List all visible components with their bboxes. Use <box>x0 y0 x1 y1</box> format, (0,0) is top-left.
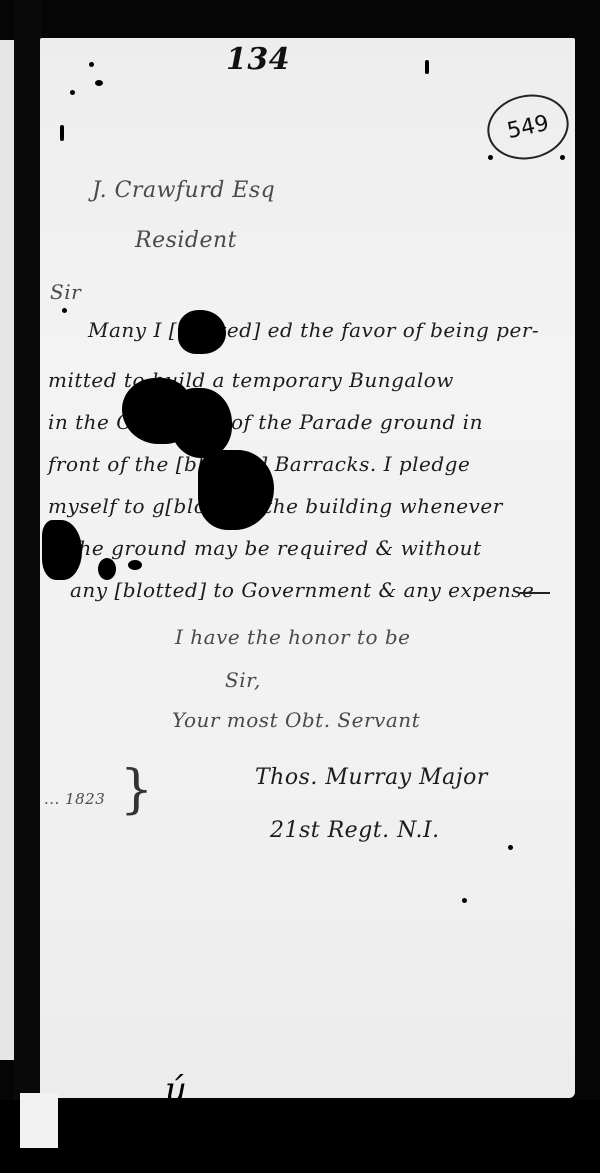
bottom-shadow <box>0 1100 600 1173</box>
body-line-3: in the C[blotted] of the Parade ground i… <box>48 410 483 434</box>
addressee-title: Resident <box>135 228 237 253</box>
binding-strip <box>14 0 42 1110</box>
closing-line-1: I have the honor to be <box>175 625 411 649</box>
paper-tab <box>20 1093 58 1148</box>
signature-name: Thos. Murray Major <box>255 765 488 790</box>
body-line-6: the ground may be required & without <box>70 536 482 560</box>
closing-line-2: Sir, <box>225 668 261 692</box>
margin-brace: } <box>120 760 154 820</box>
speck <box>508 845 513 850</box>
ink-blot-1 <box>178 310 226 354</box>
line-flourish <box>520 592 550 594</box>
margin-date: ... 1823 <box>44 790 105 808</box>
body-line-2: mitted to build a temporary Bungalow <box>48 368 454 392</box>
speck <box>60 125 64 141</box>
body-line-7: any [blotted] to Government & any expens… <box>70 578 534 602</box>
addressee-name: J. Crawfurd Esq <box>92 178 275 203</box>
speck <box>488 155 493 160</box>
ink-blot-7 <box>128 560 142 570</box>
ink-blot-6 <box>98 558 116 580</box>
speck <box>425 60 429 74</box>
speck <box>462 898 467 903</box>
salutation: Sir <box>50 280 81 304</box>
ink-blot-5 <box>42 520 82 580</box>
speck <box>560 155 565 160</box>
closing-line-3: Your most Obt. Servant <box>172 708 420 732</box>
speck <box>89 62 94 67</box>
speck <box>95 80 103 86</box>
folio-number: 134 <box>226 42 290 77</box>
body-line-5: myself to g[blotted] the building whenev… <box>48 494 503 518</box>
body-line-1: Many I [blotted] ed the favor of being p… <box>88 318 539 342</box>
speck <box>62 308 67 313</box>
signature-regiment: 21st Regt. N.I. <box>270 818 440 843</box>
ink-blot-3 <box>170 388 232 458</box>
speck <box>70 90 75 95</box>
archive-number: 549 <box>505 110 551 143</box>
